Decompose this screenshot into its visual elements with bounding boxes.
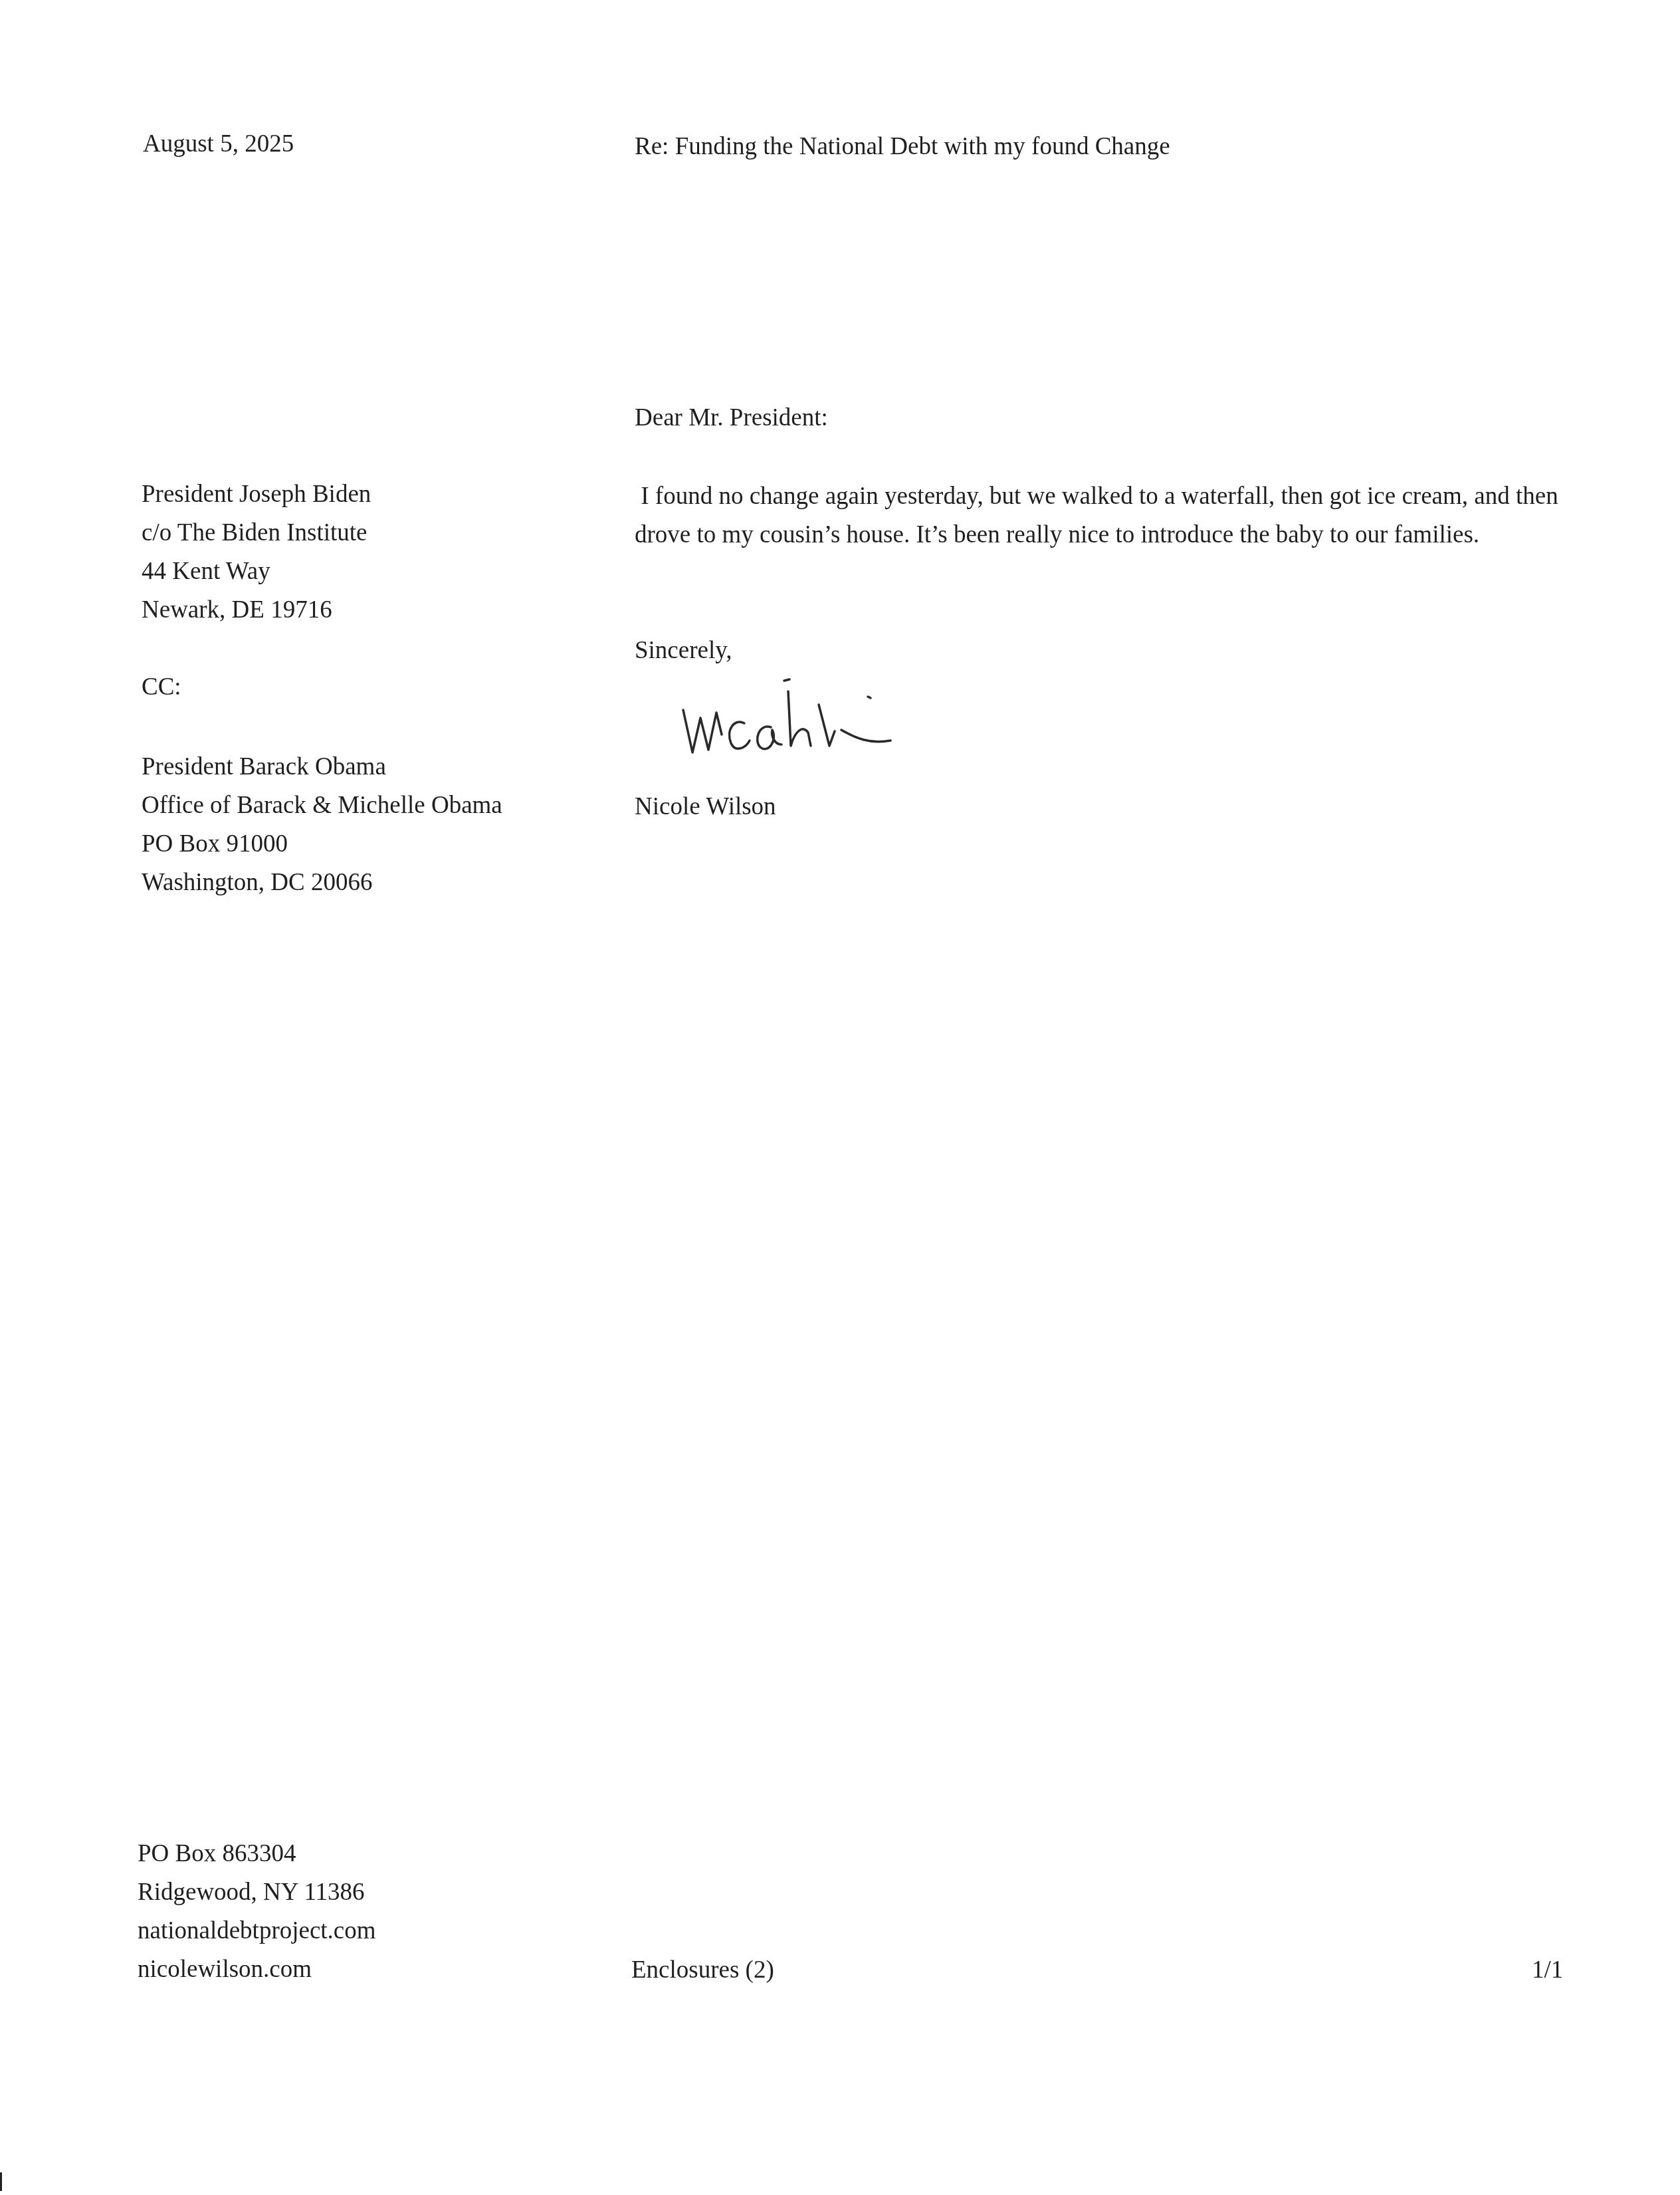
cc-line: Washington, DC 20066 — [142, 864, 502, 902]
letter-subject: Re: Funding the National Debt with my fo… — [635, 128, 1170, 166]
recipient-line: c/o The Biden Institute — [142, 514, 371, 552]
scan-artifact — [0, 2172, 2, 2191]
recipient-line: 44 Kent Way — [142, 552, 371, 591]
recipient-address: President Joseph Biden c/o The Biden Ins… — [142, 475, 371, 630]
sender-address: PO Box 863304 Ridgewood, NY 11386 nation… — [138, 1835, 376, 1989]
cc-address: President Barack Obama Office of Barack … — [142, 748, 502, 902]
salutation: Dear Mr. President: — [635, 399, 828, 437]
cc-line: Office of Barack & Michelle Obama — [142, 786, 502, 825]
letter-date: August 5, 2025 — [143, 125, 294, 164]
letter-body: I found no change again yesterday, but w… — [635, 477, 1565, 554]
sender-line: PO Box 863304 — [138, 1835, 376, 1873]
enclosures-note: Enclosures (2) — [631, 1951, 774, 1990]
sender-line: Ridgewood, NY 11386 — [138, 1873, 376, 1912]
closing: Sincerely, — [635, 632, 732, 670]
recipient-line: President Joseph Biden — [142, 475, 371, 514]
body-paragraph: I found no change again yesterday, but w… — [635, 477, 1565, 554]
page-number: 1/1 — [1532, 1951, 1563, 1990]
signature-icon — [671, 671, 1003, 764]
sender-website: nicolewilson.com — [138, 1950, 376, 1989]
sender-website: nationaldebtproject.com — [138, 1912, 376, 1950]
signer-name: Nicole Wilson — [635, 788, 776, 826]
cc-line: President Barack Obama — [142, 748, 502, 786]
recipient-line: Newark, DE 19716 — [142, 591, 371, 630]
cc-label: CC: — [142, 668, 181, 707]
cc-line: PO Box 91000 — [142, 825, 502, 864]
